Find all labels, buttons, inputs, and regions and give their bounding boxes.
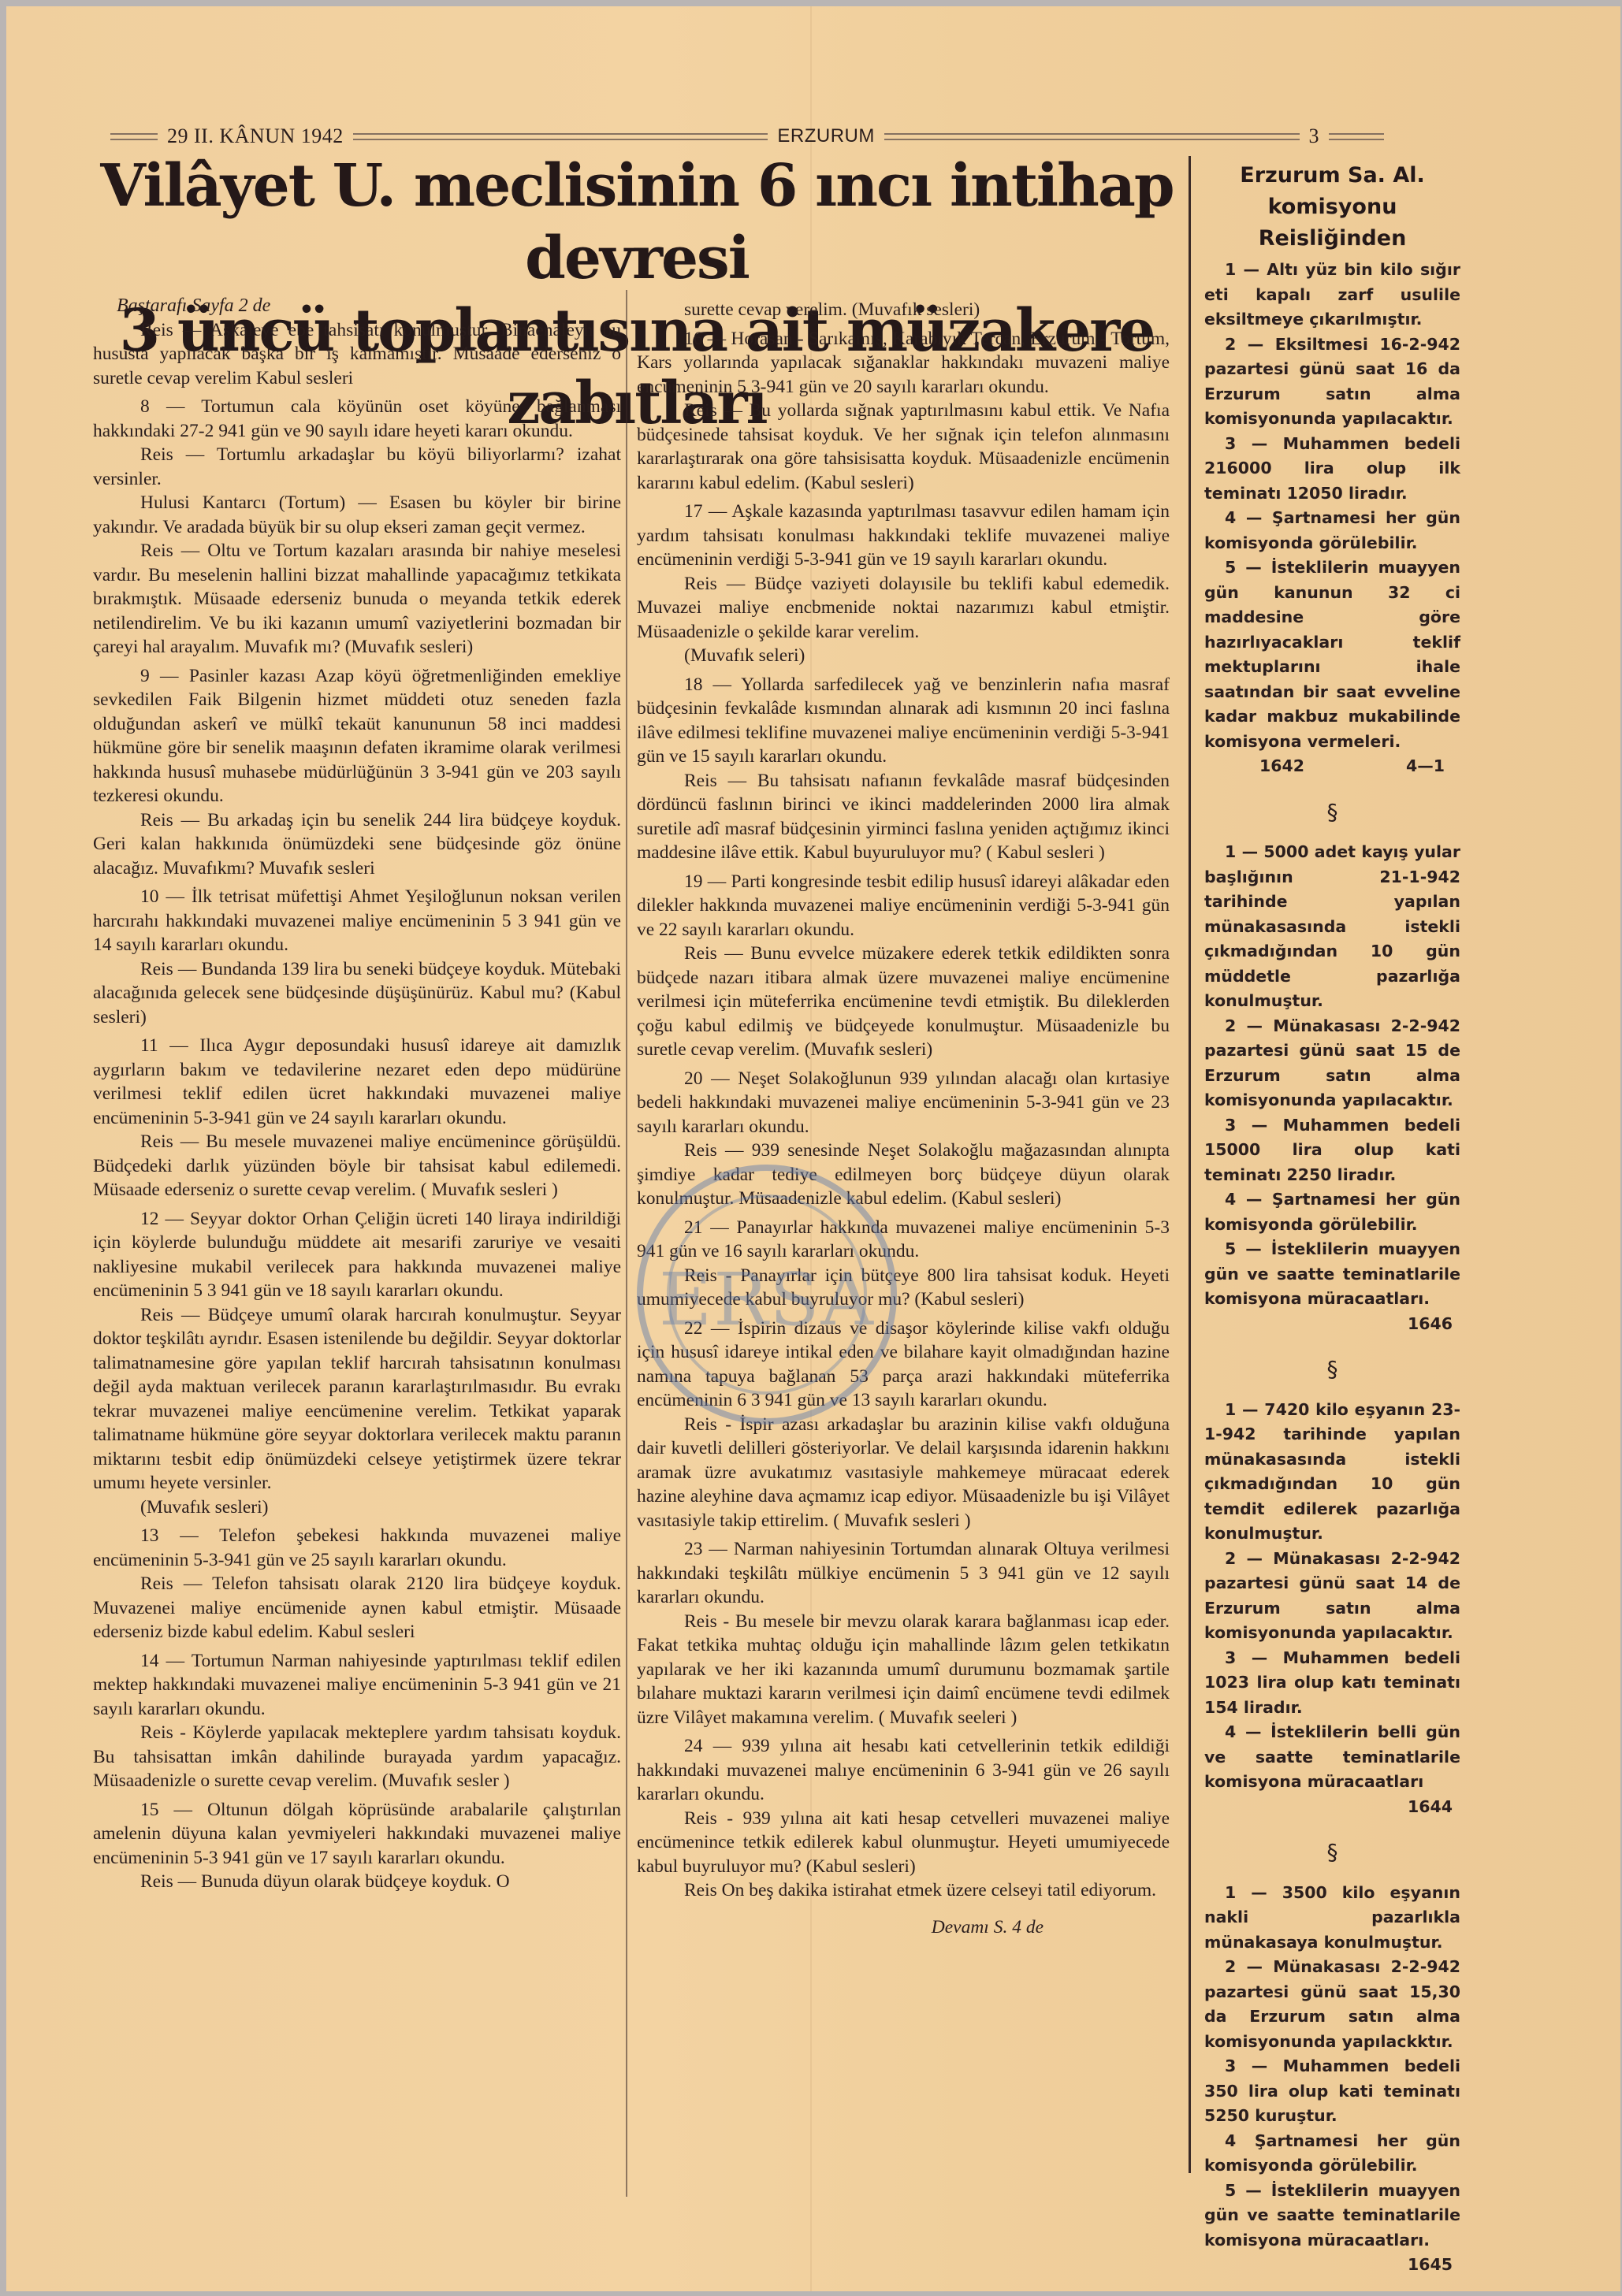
article-paragraph: Hulusi Kantarcı (Tortum) — Esasen bu köy… [93, 491, 621, 539]
masthead-rule [1329, 133, 1384, 140]
article-paragraph: Reis — Bundanda 139 lira bu seneki büdçe… [93, 957, 621, 1030]
article-paragraph: 10 — İlk tetrisat müfettişi Ahmet Yeşilo… [93, 885, 621, 957]
article-paragraph: 11 — Ilıca Aygır deposundaki hususî idar… [93, 1034, 621, 1130]
notice-insertion-count: 4—1 [1406, 754, 1445, 779]
article-paragraph: Reis — Bu yollarda sığnak yaptırılmasını… [637, 399, 1170, 495]
continues-on-note: Devamı S. 4 de [637, 1915, 1170, 1940]
continued-from-note: Baştarafı Sayfa 2 de [93, 294, 621, 318]
masthead-rule [110, 133, 158, 140]
section-mark: § [1204, 800, 1460, 825]
notice-reference: 16424—1 [1204, 754, 1460, 779]
notice-ref-number: 1642 [1259, 754, 1304, 779]
notice-ref-number: 1644 [1204, 1795, 1460, 1820]
column-divider [626, 290, 627, 2197]
notice-item: 2 — Münakasası 2-2-942 pazartesi günü sa… [1204, 1547, 1460, 1646]
article-paragraph: Reis - İspir azası arkadaşlar bu arazini… [637, 1413, 1170, 1533]
article-paragraph: Reis - Bu mesele bir mevzu olarak karara… [637, 1610, 1170, 1730]
article-paragraph: 19 — Parti kongresinde tesbit edilip hus… [637, 870, 1170, 942]
article-paragraph: 18 — Yollarda sarfedilecek yağ ve benzin… [637, 673, 1170, 769]
notice-item: 3 — Muhammen bedeli 350 lira olup kati t… [1204, 2054, 1460, 2129]
article-paragraph: Reis On beş dakika istirahat etmek üzere… [637, 1878, 1170, 1903]
article-paragraph: 12 — Seyyar doktor Orhan Çeliğin ücreti … [93, 1207, 621, 1303]
article-paragraph: Reis - Köylerde yapılacak mekteplere yar… [93, 1721, 621, 1793]
article-paragraph: 13 — Telefon şebekesi hakkında muvazenei… [93, 1524, 621, 1572]
article-column-1: Baştarafı Sayfa 2 de Reis — Aşkaleye ebe… [93, 294, 621, 1894]
notice-item: 3 — Muhammen bedeli 15000 lira olup kati… [1204, 1113, 1460, 1188]
notice-item: 5 — İsteklilerin muayyen gün ve saatte t… [1204, 1237, 1460, 1312]
notice-item: 1 — 3500 kilo eşyanın nakli pazarlıkla m… [1204, 1881, 1460, 1956]
article-paragraph: 16 — Horasan - Sarıkamış, Karabıyık Terc… [637, 327, 1170, 399]
notices-title: Erzurum Sa. Al. komisyonu Reisliğinden [1204, 160, 1460, 254]
notice-item: 4 — Şartnamesi her gün komisyonda görüle… [1204, 506, 1460, 555]
article-paragraph: 23 — Narman nahiyesinin Tortumdan alınar… [637, 1537, 1170, 1610]
notice-item: 4 Şartnamesi her gün komisyonda görülebi… [1204, 2129, 1460, 2179]
article-paragraph: Reis — Telefon tahsisatı olarak 2120 lir… [93, 1572, 621, 1644]
article-column-1-body: Reis — Aşkaleye ebe tahsisatı konulmuştu… [93, 318, 621, 1894]
notice-item: 5 — İsteklilerin muayyen gün kanunun 32 … [1204, 555, 1460, 754]
article-paragraph: 8 — Tortumun cala köyünün oset köyüne ba… [93, 395, 621, 443]
newspaper-page: 29 II. KÂNUN 1942 ERZURUM 3 Vilâyet U. m… [6, 6, 1620, 2291]
masthead: 29 II. KÂNUN 1942 ERZURUM 3 [101, 124, 1393, 148]
section-mark: § [1204, 1840, 1460, 1865]
issue-date: 29 II. KÂNUN 1942 [167, 124, 344, 148]
notice-ref-number: 1646 [1204, 1312, 1460, 1337]
article-paragraph: 14 — Tortumun Narman nahiyesinde yaptırı… [93, 1649, 621, 1722]
notice-item: 2 — Eksiltmesi 16-2-942 pazartesi günü s… [1204, 333, 1460, 432]
article-paragraph: surette cevap verelim. (Muvafık sesleri) [637, 298, 1170, 322]
article-column-2: surette cevap verelim. (Muvafık sesleri)… [637, 298, 1170, 1939]
article-paragraph: 22 — İspirin dizaus ve disaşor köylerind… [637, 1317, 1170, 1413]
procurement-notices-column: Erzurum Sa. Al. komisyonu Reisliğinden 1… [1204, 160, 1460, 2278]
notice-item: 1 — 7420 kilo eşyanın 23-1-942 tarihinde… [1204, 1398, 1460, 1547]
newspaper-name: ERZURUM [777, 125, 875, 147]
masthead-rule [353, 133, 768, 140]
notice-item: 1 — 5000 adet kayış yular başlığının 21-… [1204, 840, 1460, 1014]
article-paragraph: 15 — Oltunun dölgah köprüsünde arabalari… [93, 1798, 621, 1871]
page-number: 3 [1309, 124, 1320, 148]
article-paragraph: 17 — Aşkale kazasında yaptırılması tasav… [637, 500, 1170, 572]
article-paragraph: Reis — Bu mesele muvazenei maliye encüme… [93, 1130, 621, 1202]
article-paragraph: Reis — Bu arkadaş için bu senelik 244 li… [93, 808, 621, 881]
article-paragraph: Reis — Büdçeye umumî olarak harcırah kon… [93, 1303, 621, 1495]
article-column-2-body: surette cevap verelim. (Muvafık sesleri)… [637, 298, 1170, 1903]
article-paragraph: 20 — Neşet Solakoğlunun 939 yılından ala… [637, 1067, 1170, 1139]
notice-item: 3 — Muhammen bedeli 216000 lira olup ilk… [1204, 432, 1460, 507]
article-paragraph: (Muvafık seleri) [637, 644, 1170, 668]
article-paragraph: Reis - 939 yılına ait kati hesap cetvell… [637, 1807, 1170, 1879]
notice-ref-number: 1645 [1204, 2253, 1460, 2278]
article-paragraph: Reis - Panayırlar için bütçeye 800 lira … [637, 1264, 1170, 1312]
masthead-rule [884, 133, 1300, 140]
section-mark: § [1204, 1357, 1460, 1382]
article-paragraph: Reis — Büdçe vaziyeti dolayısile bu tekl… [637, 572, 1170, 645]
article-paragraph: (Muvafık sesleri) [93, 1495, 621, 1520]
headline-line-1: Vilâyet U. meclisinin 6 ıncı intihap dev… [93, 150, 1181, 295]
article-paragraph: 24 — 939 yılına ait hesabı kati cetvelle… [637, 1734, 1170, 1807]
notice-item: 5 — İsteklilerin muayyen gün ve saatte t… [1204, 2179, 1460, 2253]
notices-list: 1 — Altı yüz bin kilo sığır eti kapalı z… [1204, 258, 1460, 2278]
notice-item: 4 — Şartnamesi her gün komisyonda görüle… [1204, 1187, 1460, 1237]
notice-item: 2 — Münakasası 2-2-942 pazartesi günü sa… [1204, 1014, 1460, 1113]
article-paragraph: Reis — 939 senesinde Neşet Solakoğlu mağ… [637, 1139, 1170, 1211]
article-paragraph: Reis — Aşkaleye ebe tahsisatı konulmuştu… [93, 318, 621, 391]
column-divider [1189, 156, 1191, 2173]
article-paragraph: 9 — Pasinler kazası Azap köyü öğretmenli… [93, 664, 621, 808]
article-paragraph: Reis — Bunu evvelce müzakere ederek tetk… [637, 942, 1170, 1062]
article-paragraph: Reis — Bunuda düyun olarak büdçeye koydu… [93, 1870, 621, 1894]
article-paragraph: Reis — Bu tahsisatı nafıanın fevkalâde m… [637, 769, 1170, 865]
notice-item: 1 — Altı yüz bin kilo sığır eti kapalı z… [1204, 258, 1460, 333]
notice-item: 4 — İsteklilerin belli gün ve saatte tem… [1204, 1720, 1460, 1795]
article-paragraph: Reis — Oltu ve Tortum kazaları arasında … [93, 539, 621, 659]
notice-item: 2 — Münakasası 2-2-942 pazartesi günü sa… [1204, 1955, 1460, 2054]
notice-item: 3 — Muhammen bedeli 1023 lira olup katı … [1204, 1646, 1460, 1721]
article-paragraph: Reis — Tortumlu arkadaşlar bu köyü biliy… [93, 443, 621, 491]
article-paragraph: 21 — Panayırlar hakkında muvazenei maliy… [637, 1216, 1170, 1264]
